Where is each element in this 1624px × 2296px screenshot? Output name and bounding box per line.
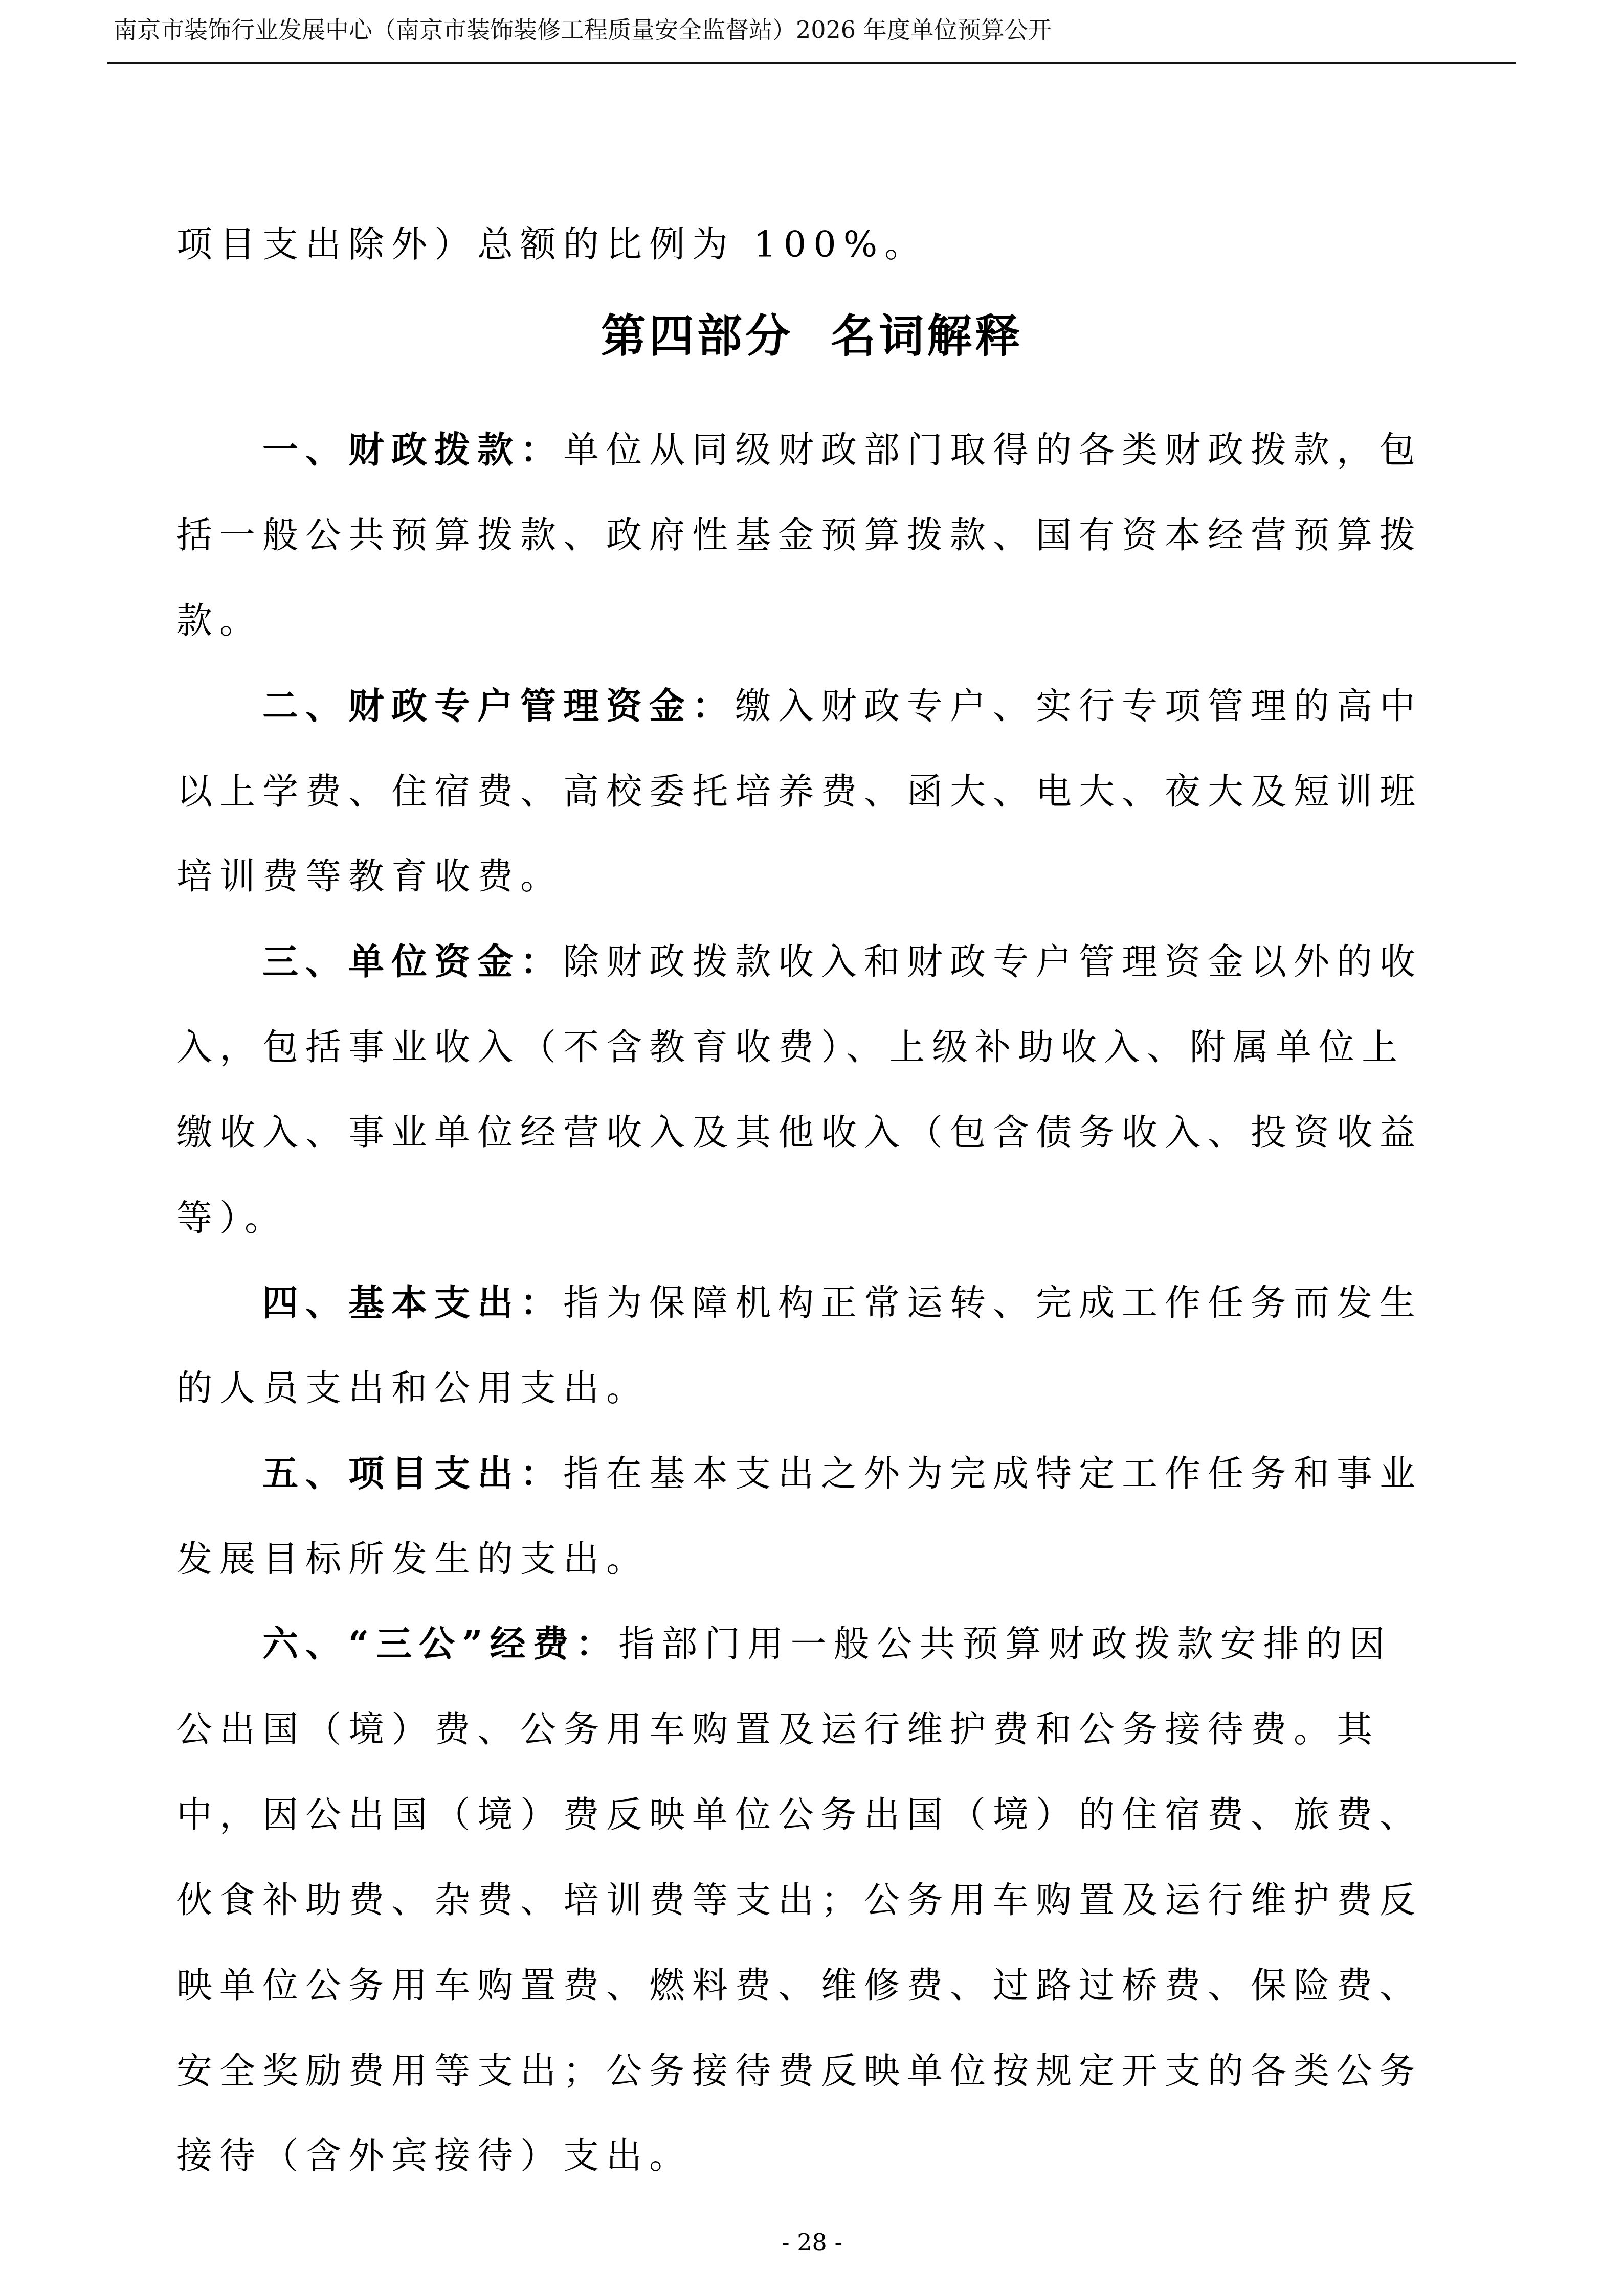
definition-line: 二、财政专户管理资金：缴入财政专户、实行专项管理的高中 xyxy=(176,681,1531,732)
definition-line: 括一般公共预算拨款、政府性基金预算拨款、国有资本经营预算拨 xyxy=(176,510,1445,561)
header-rule xyxy=(107,62,1516,64)
definition-text: 除财政拨款收入和财政专户管理资金以外的收 xyxy=(563,941,1422,983)
definition-line: 缴收入、事业单位经营收入及其他收入（包含债务收入、投资收益 xyxy=(176,1107,1445,1158)
definition-line: 的人员支出和公用支出。 xyxy=(176,1363,1445,1414)
definition-line: 培训费等教育收费。 xyxy=(176,851,1445,902)
definition-line: 一、财政拨款：单位从同级财政部门取得的各类财政拨款，包 xyxy=(176,424,1531,476)
definition-line: 五、项目支出：指在基本支出之外为完成特定工作任务和事业 xyxy=(176,1448,1531,1499)
definition-line: 公出国（境）费、公务用车购置及运行维护费和公务接待费。其 xyxy=(176,1704,1445,1755)
definition-line: 映单位公务用车购置费、燃料费、维修费、过路过桥费、保险费、 xyxy=(176,1960,1445,2011)
definition-line: 等）。 xyxy=(176,1192,1445,1244)
definition-term: 六、“三公”经费： xyxy=(262,1623,619,1665)
definition-line: 入，包括事业收入（不含教育收费）、上级补助收入、附属单位上 xyxy=(176,1022,1445,1073)
page-number: - 28 - xyxy=(0,2227,1624,2258)
definition-text: 缴入财政专户、实行专项管理的高中 xyxy=(735,685,1422,727)
definition-line: 发展目标所发生的支出。 xyxy=(176,1534,1445,1585)
definition-text: 指在基本支出之外为完成特定工作任务和事业 xyxy=(563,1453,1422,1495)
definition-term: 二、财政专户管理资金： xyxy=(262,685,735,727)
definition-term: 三、单位资金： xyxy=(262,940,563,983)
definition-term: 一、财政拨款： xyxy=(262,429,563,471)
definition-text: 单位从同级财政部门取得的各类财政拨款，包 xyxy=(563,429,1422,471)
definition-text: 指部门用一般公共预算财政拨款安排的因 xyxy=(619,1623,1392,1665)
definition-term: 四、基本支出： xyxy=(262,1281,563,1324)
definition-line: 接待（含外宾接待）支出。 xyxy=(176,2130,1445,2181)
definition-term: 五、项目支出： xyxy=(262,1452,563,1495)
definition-line: 以上学费、住宿费、高校委托培养费、函大、电大、夜大及短训班 xyxy=(176,766,1445,817)
definition-line: 安全奖励费用等支出；公务接待费反映单位按规定开支的各类公务 xyxy=(176,2045,1445,2097)
running-header: 南京市装饰行业发展中心（南京市装饰装修工程质量安全监督站）2026 年度单位预算… xyxy=(114,14,1052,45)
definition-text: 指为保障机构正常运转、完成工作任务而发生 xyxy=(563,1282,1422,1324)
continuation-line: 项目支出除外）总额的比例为 100%。 xyxy=(176,219,1445,270)
definition-line: 四、基本支出：指为保障机构正常运转、完成工作任务而发生 xyxy=(176,1277,1531,1329)
definition-line: 款。 xyxy=(176,595,1445,646)
definition-line: 三、单位资金：除财政拨款收入和财政专户管理资金以外的收 xyxy=(176,936,1531,987)
section-title: 第四部分 名词解释 xyxy=(0,310,1624,361)
definition-line: 六、“三公”经费：指部门用一般公共预算财政拨款安排的因 xyxy=(176,1618,1531,1670)
definition-line: 中，因公出国（境）费反映单位公务出国（境）的住宿费、旅费、 xyxy=(176,1789,1445,1840)
definition-line: 伙食补助费、杂费、培训费等支出；公务用车购置及运行维护费反 xyxy=(176,1875,1445,1926)
